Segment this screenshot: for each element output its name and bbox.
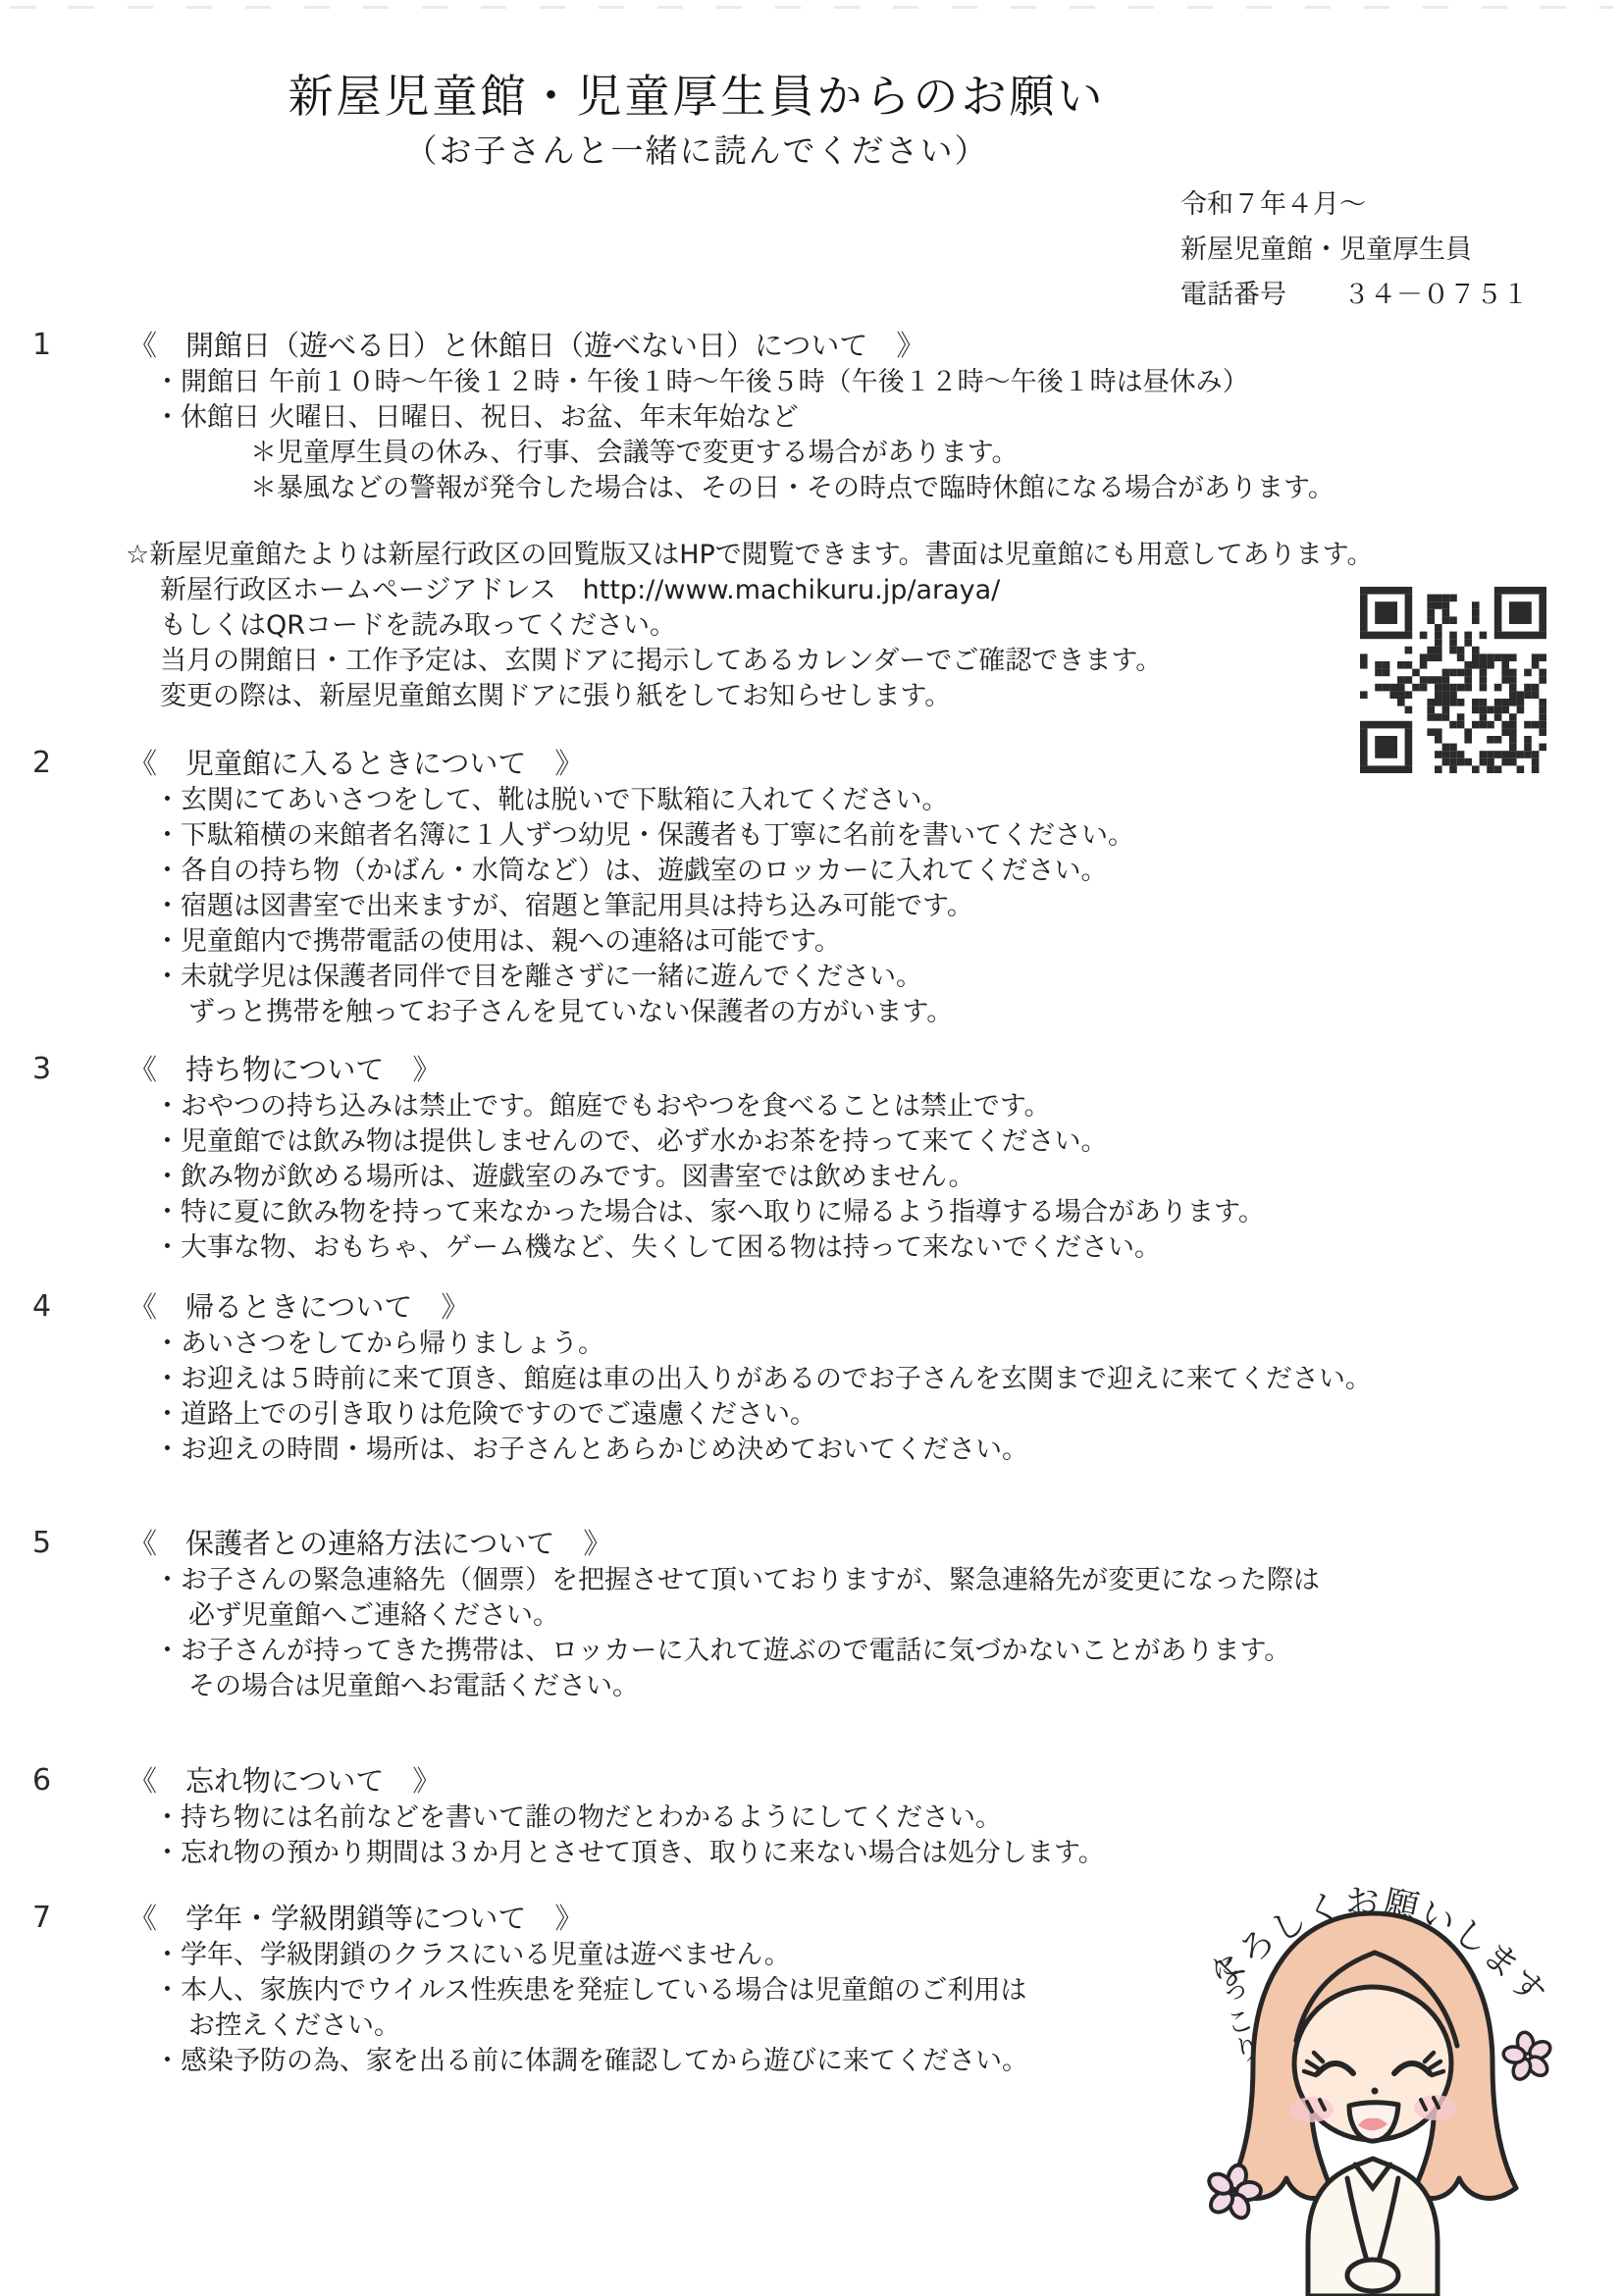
- section-lines: ・開館日 午前１０時～午後１２時・午後１時～午後５時（午後１２時～午後１時は昼休…: [0, 365, 1623, 506]
- qr-code-graphic: [1360, 587, 1546, 773]
- header-meta: 令和７年４月～ 新屋児童館・児童厚生員 電話番号 ３４－０７５１: [1180, 183, 1529, 318]
- section-header: 1 《 開館日（遊べる日）と休館日（遊べない日）について 》: [0, 326, 1623, 365]
- text-line: ・飲み物が飲める場所は、遊戯室のみです。図書室では飲めません。: [0, 1160, 1623, 1195]
- section-header: 6 《 忘れ物について 》: [0, 1761, 1623, 1800]
- text-line: ・大事な物、おもちゃ、ゲーム機など、失くして困る物は持って来ないでください。: [0, 1230, 1623, 1266]
- section-number: 7: [32, 1899, 51, 1938]
- section: 2 《 児童館に入るときについて 》 ・玄関にてあいさつをして、靴は脱いで下駄箱…: [0, 744, 1623, 1030]
- hands: [1347, 2260, 1398, 2291]
- text-line: ずっと携帯を触ってお子さんを見ていない保護者の方がいます。: [0, 995, 1623, 1030]
- text-line: 必ず児童館へご連絡ください。: [0, 1598, 1623, 1634]
- section-title: 《 保護者との連絡方法について 》: [129, 1527, 611, 1560]
- text-line: ・お迎えは５時前に来て頂き、館庭は車の出入りがあるのでお子さんを玄関まで迎えに来…: [0, 1362, 1623, 1397]
- phone-value: ３４－０７５１: [1343, 273, 1529, 318]
- text-line: ・お子さんが持ってきた携帯は、ロッカーに入れて遊ぶので電話に気づかないことがあり…: [0, 1634, 1623, 1669]
- qr-code: [1360, 587, 1546, 773]
- page-subtitle: （お子さんと一緒に読んでください）: [0, 126, 1393, 172]
- meta-issuer: 新屋児童館・児童厚生員: [1180, 228, 1529, 273]
- flower-right: [1498, 2028, 1557, 2085]
- text-line: ＊児童厚生員の休み、行事、会議等で変更する場合があります。: [0, 436, 1623, 471]
- section: 3 《 持ち物について 》 ・おやつの持ち込みは禁止です。館庭でもおやつを食べる…: [0, 1050, 1623, 1266]
- section-title: 《 開館日（遊べる日）と休館日（遊べない日）について 》: [129, 329, 924, 362]
- section-title: 《 持ち物について 》: [129, 1053, 441, 1086]
- section: 4 《 帰るときについて 》 ・あいさつをしてから帰りましょう。・お迎えは５時前…: [0, 1287, 1623, 1468]
- section-lines: ・あいさつをしてから帰りましょう。・お迎えは５時前に来て頂き、館庭は車の出入りが…: [0, 1327, 1623, 1468]
- text-line: ・各自の持ち物（かばん・水筒など）は、遊戯室のロッカーに入れてください。: [0, 854, 1623, 889]
- text-line: ＊暴風などの警報が発令した場合は、その日・その時点で臨時休館になる場合があります…: [0, 471, 1623, 506]
- section-title: 《 児童館に入るときについて 》: [129, 747, 583, 780]
- phone-label: 電話番号: [1180, 273, 1286, 318]
- text-line: ・お子さんの緊急連絡先（個票）を把握させて頂いておりますが、緊急連絡先が変更にな…: [0, 1563, 1623, 1598]
- section-number: 2: [32, 744, 51, 783]
- section: 5 《 保護者との連絡方法について 》 ・お子さんの緊急連絡先（個票）を把握させ…: [0, 1524, 1623, 1704]
- text-line: ・未就学児は保護者同伴で目を離さずに一緒に遊んでください。: [0, 960, 1623, 995]
- meta-period: 令和７年４月～: [1180, 183, 1529, 228]
- section-header: 4 《 帰るときについて 》: [0, 1287, 1623, 1327]
- section-lines: ・玄関にてあいさつをして、靴は脱いで下駄箱に入れてください。・下駄箱横の来館者名…: [0, 783, 1623, 1030]
- mascot-illustration: よろしくお願いします！ にっこり: [1163, 1843, 1614, 2296]
- section-lines: ・お子さんの緊急連絡先（個票）を把握させて頂いておりますが、緊急連絡先が変更にな…: [0, 1563, 1623, 1704]
- section-title: 《 学年・学級閉鎖等について 》: [129, 1902, 583, 1935]
- section-number: 3: [32, 1050, 51, 1089]
- text-line: その場合は児童館へお電話ください。: [0, 1669, 1623, 1704]
- section-number: 5: [32, 1524, 51, 1563]
- text-line: ・お迎えの時間・場所は、お子さんとあらかじめ決めておいてください。: [0, 1433, 1623, 1468]
- meta-phone: 電話番号 ３４－０７５１: [1180, 273, 1529, 318]
- text-line: ・児童館内で携帯電話の使用は、親への連絡は可能です。: [0, 924, 1623, 960]
- section-title: 《 忘れ物について 》: [129, 1764, 441, 1798]
- section: 1 《 開館日（遊べる日）と休館日（遊べない日）について 》 ・開館日 午前１０…: [0, 326, 1623, 506]
- text-line: ・あいさつをしてから帰りましょう。: [0, 1327, 1623, 1362]
- section-title: 《 帰るときについて 》: [129, 1290, 469, 1324]
- section-number: 4: [32, 1287, 51, 1327]
- bowing-girl-illustration: よろしくお願いします！ にっこり: [1163, 1843, 1614, 2296]
- text-line: ・休館日 火曜日、日曜日、祝日、お盆、年末年始など: [0, 400, 1623, 436]
- section-lines: ・おやつの持ち込みは禁止です。館庭でもおやつを食べることは禁止です。・児童館では…: [0, 1089, 1623, 1266]
- scanned-notice-page: 新屋児童館・児童厚生員からのお願い （お子さんと一緒に読んでください） 令和７年…: [0, 0, 1623, 2296]
- text-line: ・開館日 午前１０時～午後１２時・午後１時～午後５時（午後１２時～午後１時は昼休…: [0, 365, 1623, 400]
- text-line: ・玄関にてあいさつをして、靴は脱いで下駄箱に入れてください。: [0, 783, 1623, 818]
- scan-noise-artifact: [10, 6, 1613, 9]
- text-line: ・特に夏に飲み物を持って来なかった場合は、家へ取りに帰るよう指導する場合がありま…: [0, 1195, 1623, 1230]
- text-line: ・児童館では飲み物は提供しませんので、必ず水かお茶を持って来てください。: [0, 1124, 1623, 1160]
- section-number: 1: [32, 326, 51, 365]
- text-line: ・下駄箱横の来館者名簿に１人ずつ幼児・保護者も丁寧に名前を書いてください。: [0, 818, 1623, 854]
- text-line: ☆新屋児童館たよりは新屋行政区の回覧版又はHPで閲覧できます。書面は児童館にも用…: [0, 538, 1623, 573]
- section-header: 3 《 持ち物について 》: [0, 1050, 1623, 1089]
- section-header: 5 《 保護者との連絡方法について 》: [0, 1524, 1623, 1563]
- text-line: ・道路上での引き取りは危険ですのでご遠慮ください。: [0, 1397, 1623, 1433]
- text-line: ・宿題は図書室で出来ますが、宿題と筆記用具は持ち込み可能です。: [0, 889, 1623, 924]
- nose-dot: [1372, 2088, 1379, 2095]
- page-title: 新屋児童館・児童厚生員からのお願い: [0, 61, 1393, 126]
- text-line: ・持ち物には名前などを書いて誰の物だとわかるようにしてください。: [0, 1800, 1623, 1836]
- section-number: 6: [32, 1761, 51, 1800]
- text-line: ・おやつの持ち込みは禁止です。館庭でもおやつを食べることは禁止です。: [0, 1089, 1623, 1124]
